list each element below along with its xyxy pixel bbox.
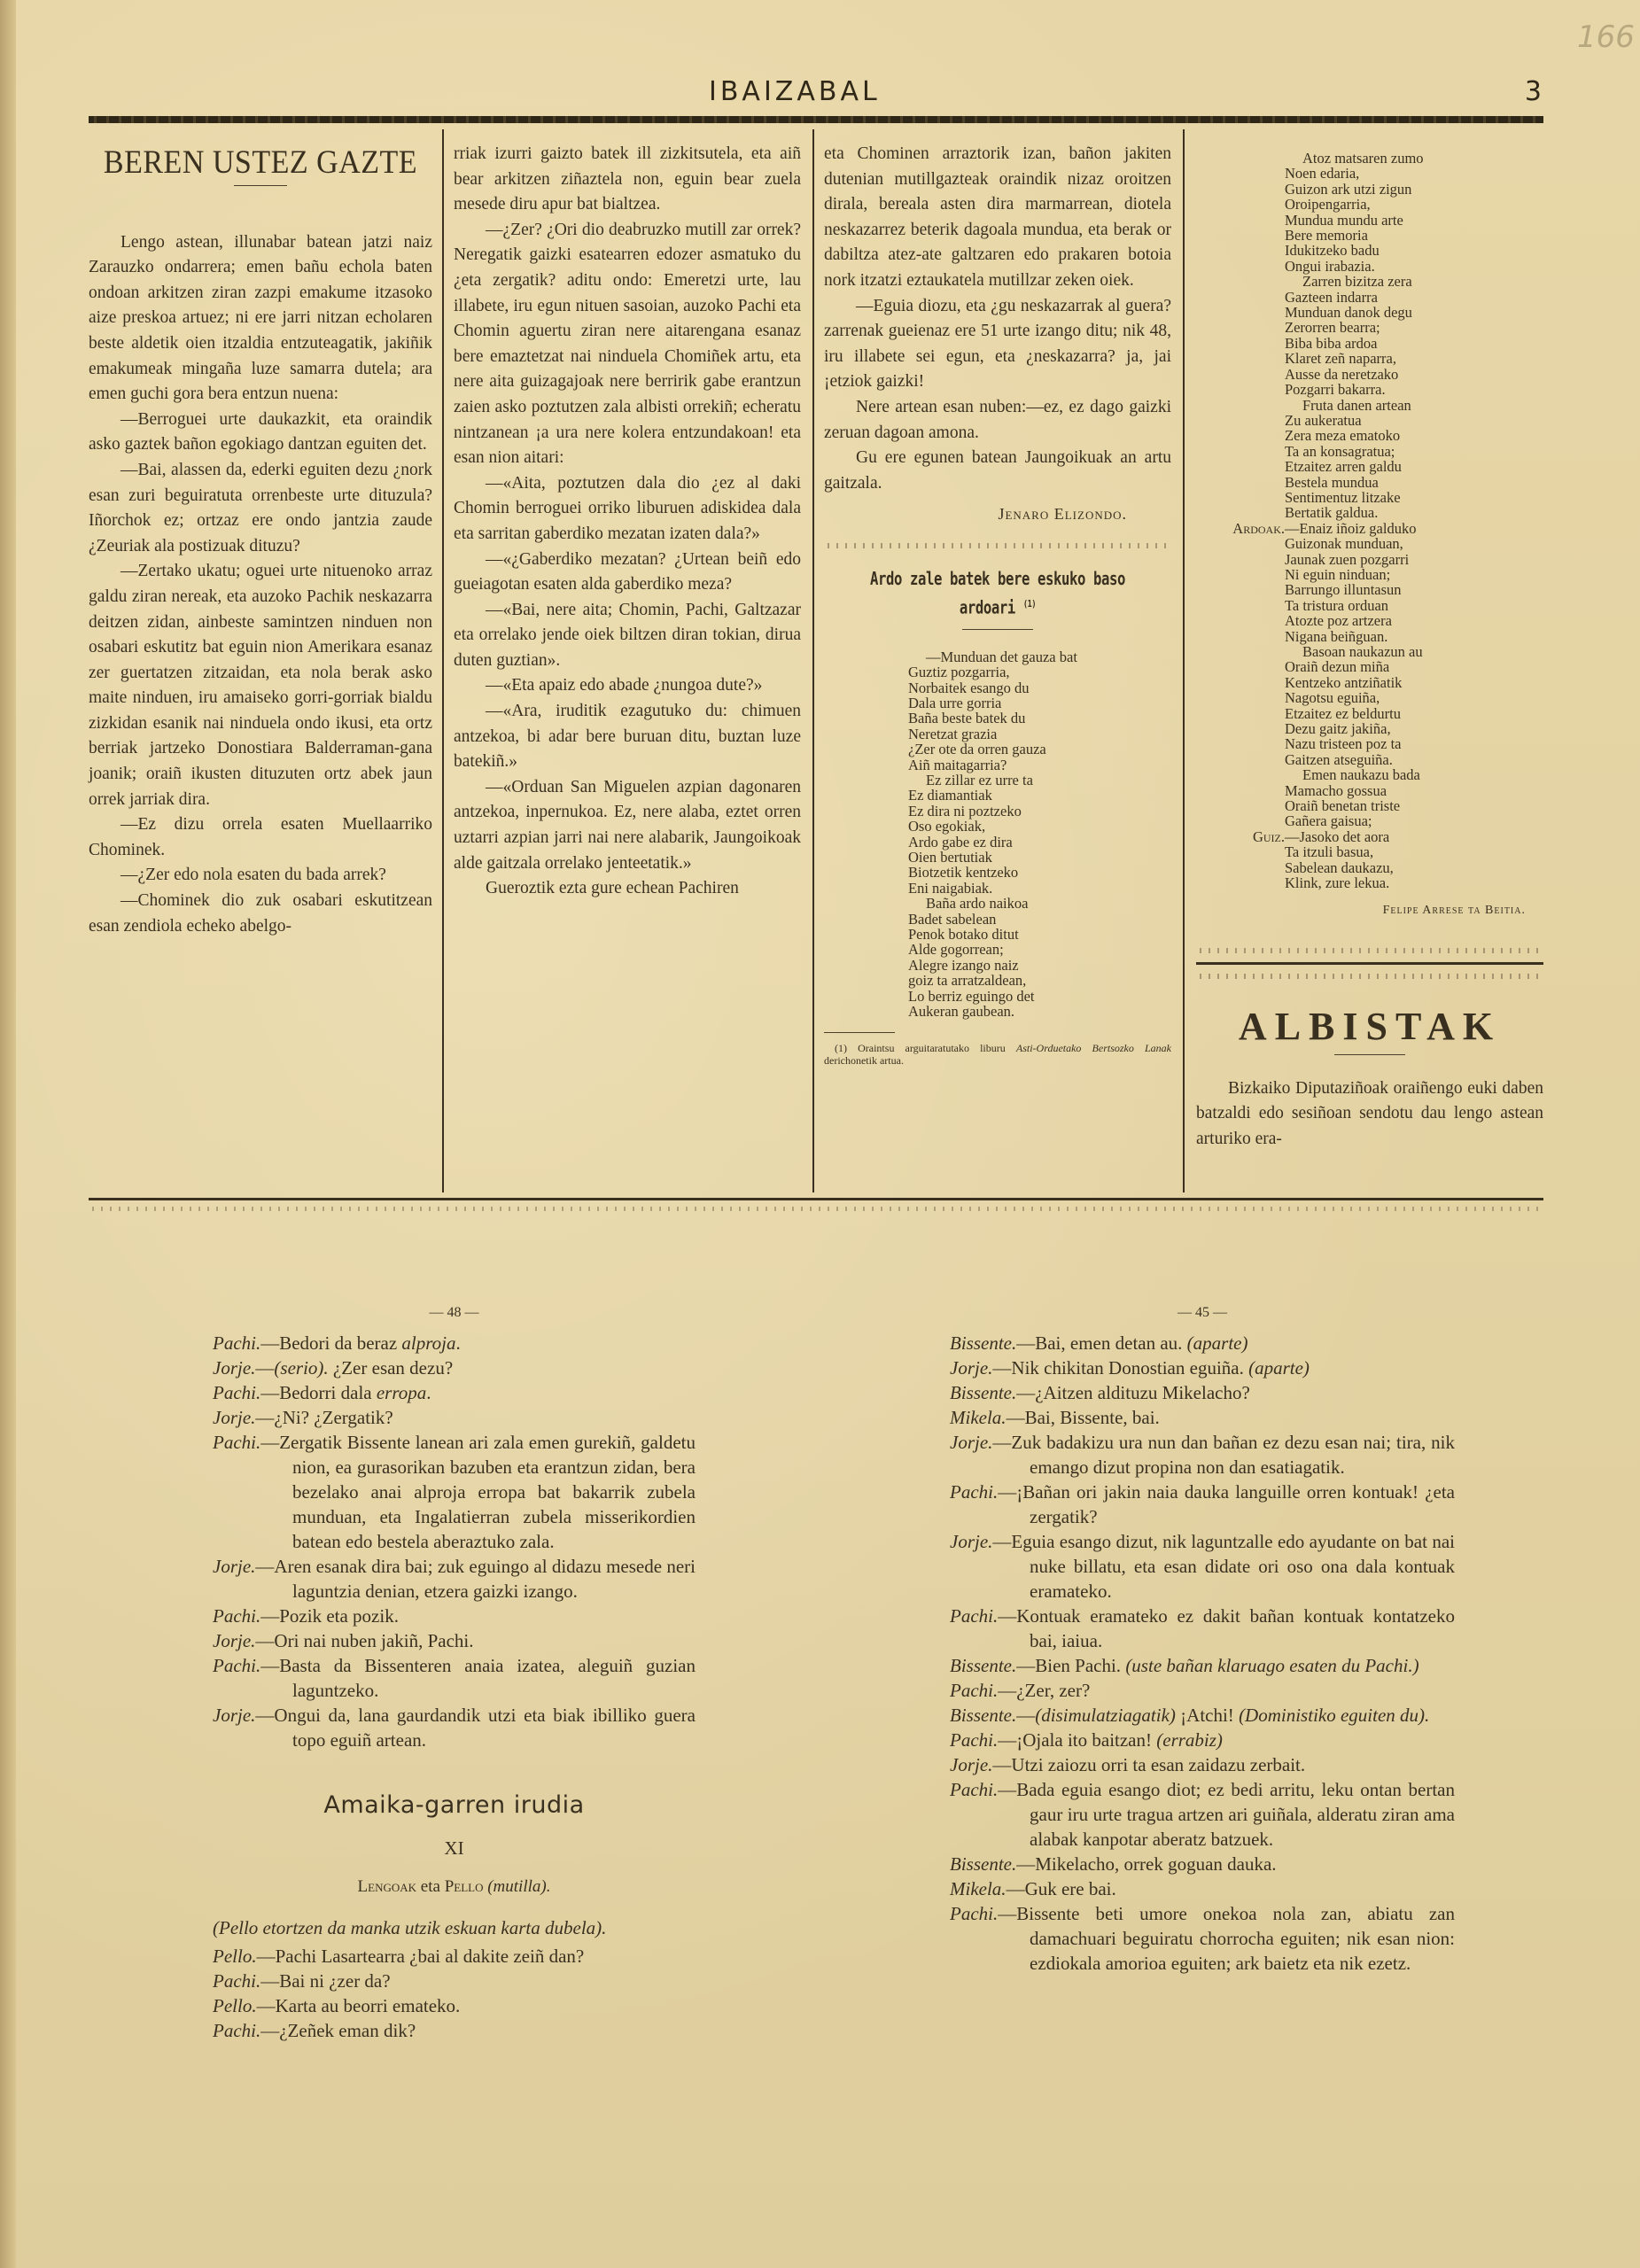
poem-line: Gaitzen atseguiña. xyxy=(1285,752,1543,767)
speaker-name: Pello. xyxy=(213,1995,257,2016)
speaker-name: Jorje. xyxy=(213,1407,255,1428)
poem-line: Baña ardo naikoa xyxy=(908,896,1171,911)
speaker-name: Pachi. xyxy=(950,1729,998,1751)
poem-line: Ez dira ni poztzeko xyxy=(908,804,1171,819)
dialogue-line: Bissente.—(disimulatziagatik) ¡Atchi! (D… xyxy=(950,1703,1455,1728)
poem-line: Ta itzuli basua, xyxy=(1285,844,1543,859)
paragraph: —Chominek dio zuk osabari eskutitzean es… xyxy=(89,889,432,939)
article-body-col1: Lengo astean, illunabar batean jatzi nai… xyxy=(89,230,432,940)
dialogue-line: Jorje.—Utzi zaiozu orri ta esan zaidazu … xyxy=(950,1752,1455,1777)
binding-edge xyxy=(0,0,16,2268)
dialogue-line: Jorje.—¿Ni? ¿Zergatik? xyxy=(213,1405,696,1430)
poem-line: Ausse da neretzako xyxy=(1285,367,1543,382)
stage-direction: (Pello etortzen da manka utzik eskuan ka… xyxy=(213,1915,696,1940)
dialogue-block: Pachi.—Bedori da beraz alproja.Jorje.—(s… xyxy=(213,1331,696,1752)
poem-line: Zu aukeratua xyxy=(1285,413,1543,428)
speaker-name: Bissente. xyxy=(950,1655,1016,1676)
dialogue-line: Pachi.—Pozik eta pozik. xyxy=(213,1604,696,1628)
poem-line: Bertatik galdua. xyxy=(1285,505,1543,520)
folio: — 45 — xyxy=(950,1301,1455,1325)
poem-line: Oraiñ dezun miña xyxy=(1285,659,1543,674)
masthead: IBAIZABAL 3 xyxy=(89,76,1542,112)
poem-line: Oien bertutiak xyxy=(908,850,1171,865)
dialogue-line: Jorje.—(serio). ¿Zer esan dezu? xyxy=(213,1355,696,1380)
bottom-rule xyxy=(89,1198,1543,1200)
poem-line: Bere memoria xyxy=(1285,228,1543,243)
poem-line: Oroipengarria, xyxy=(1285,197,1543,212)
poem-line: Mamacho gossua xyxy=(1285,783,1543,798)
speaker-name: Jorje. xyxy=(950,1432,992,1453)
paragraph: Nere artean esan nuben:—ez, ez dago gaiz… xyxy=(824,395,1171,446)
dialogue-line: Pachi.—¿Zer, zer? xyxy=(950,1678,1455,1703)
wavy-divider xyxy=(1196,974,1543,979)
section-rule xyxy=(1196,962,1543,965)
poem-signature: Felipe Arrese ta Beitia. xyxy=(1196,898,1526,924)
poem-line: Alde gogorrean; xyxy=(908,942,1171,957)
masthead-title: IBAIZABAL xyxy=(709,76,881,107)
speaker-name: Bissente. xyxy=(950,1705,1016,1726)
poem-line: Munduan danok degu xyxy=(1285,305,1543,320)
speaker-name: Pello. xyxy=(213,1946,257,1967)
paragraph: —Ez dizu orrela esaten Muellaarriko Chom… xyxy=(89,812,432,863)
speaker-name: Jorje. xyxy=(213,1556,255,1577)
dialogue-line: Pachi.—Bissente beti umore onekoa nola z… xyxy=(950,1901,1455,1976)
poem-line: Jaunak zuen pozgarri xyxy=(1285,552,1543,567)
speaker-name: Jorje. xyxy=(950,1531,992,1552)
speaker-name: Pachi. xyxy=(950,1779,998,1800)
dialogue-block: Bissente.—Bai, emen detan au. (aparte)Jo… xyxy=(950,1331,1455,1976)
paragraph: —¿Zer edo nola esaten du bada arrek? xyxy=(89,863,432,889)
poem-line: Biotzetik kentzeko xyxy=(908,865,1171,880)
poem-line: Sabelean daukazu, xyxy=(1285,860,1543,875)
poem-line: Mundua mundu arte xyxy=(1285,213,1543,228)
speaker-name: Pachi. xyxy=(213,1605,260,1627)
poem-line: Ongui irabazia. xyxy=(1285,259,1543,274)
footnote-rule xyxy=(824,1032,895,1033)
column-2: rriak izurri gaizto batek ill zizkitsute… xyxy=(454,142,801,902)
speaker-name: Jorje. xyxy=(950,1357,992,1379)
wavy-divider xyxy=(1196,948,1543,953)
poem-line: Etzaitez arren galdu xyxy=(1285,459,1543,474)
speaker-name: Mikela. xyxy=(950,1878,1007,1899)
poem-title-divider xyxy=(962,629,1033,630)
poem-line: Zerorren bearra; xyxy=(1285,320,1543,335)
poem-line: Gazteen indarra xyxy=(1285,290,1543,305)
poem-line: Nazu tristeen poz ta xyxy=(1285,736,1543,751)
poem-line: Baña beste batek du xyxy=(908,711,1171,726)
masthead-rule xyxy=(89,116,1543,123)
poem-line: Nigana beiñguan. xyxy=(1285,629,1543,644)
speaker-name: Pachi. xyxy=(213,1970,260,1992)
dialogue-line: Pachi.—Bada eguia esango diot; ez bedi a… xyxy=(950,1777,1455,1852)
poem-line: Dala urre gorria xyxy=(908,695,1171,711)
dialogue-line: Mikela.—Bai, Bissente, bai. xyxy=(950,1405,1455,1430)
speaker-name: Bissente. xyxy=(950,1332,1016,1354)
news-title-divider xyxy=(1334,1054,1405,1055)
pencil-annotation: 166 xyxy=(1577,19,1635,55)
dialogue-line: Pachi.—Bedorri dala erropa. xyxy=(213,1380,696,1405)
dialogue-line: Mikela.—Guk ere bai. xyxy=(950,1876,1455,1901)
poem-line: Atozte poz artzera xyxy=(1285,613,1543,628)
poem-line: Biba biba ardoa xyxy=(1285,336,1543,351)
paragraph: eta Chominen arraztorik izan, bañon jaki… xyxy=(824,142,1171,294)
column-divider xyxy=(442,129,444,1192)
paragraph: —«Aita, poztutzen dala dio ¿ez al daki C… xyxy=(454,471,801,548)
poem-line: Badet sabelean xyxy=(908,912,1171,927)
speaker-name: Jorje. xyxy=(950,1754,992,1775)
newspaper-page: 166 IBAIZABAL 3 BEREN USTEZ GAZTE Lengo … xyxy=(0,0,1640,2268)
poem-line: Guiz.—Jasoko det aora xyxy=(1285,829,1543,844)
poem-line: Kentzeko antziñatik xyxy=(1285,675,1543,690)
poem-line: Ardoak.—Enaiz iñoiz galduko xyxy=(1285,521,1543,536)
speaker-name: Pachi. xyxy=(213,1382,260,1403)
speaker-name: Pachi. xyxy=(213,1332,260,1354)
column-divider xyxy=(1183,129,1185,1192)
poem-line: Emen naukazu bada xyxy=(1285,767,1543,782)
speaker-name: Mikela. xyxy=(950,1407,1007,1428)
speaker-name: Pachi. xyxy=(213,2020,260,2041)
article-title: BEREN USTEZ GAZTE xyxy=(89,150,432,177)
paragraph: —«Bai, nere aita; Chomin, Pachi, Galtzaz… xyxy=(454,598,801,674)
clipping-page-48: — 48 — Pachi.—Bedori da beraz alproja.Jo… xyxy=(213,1301,696,2043)
dialogue-line: Pachi.—¡Ojala ito baitzan! (errabiz) xyxy=(950,1728,1455,1752)
speaker-name: Pachi. xyxy=(213,1432,260,1453)
poem-line: Zera meza ematoko xyxy=(1285,428,1543,443)
poem-line: Ez diamantiak xyxy=(908,788,1171,803)
dialogue-line: Jorje.—Ongui da, lana gaurdandik utzi et… xyxy=(213,1703,696,1752)
column-divider xyxy=(812,129,814,1192)
poem-line: Barrungo illuntasun xyxy=(1285,582,1543,597)
paragraph: —«Eta apaiz edo abade ¿nungoa dute?» xyxy=(454,673,801,699)
dialogue-line: Jorje.—Eguia esango dizut, nik laguntzal… xyxy=(950,1529,1455,1604)
speaker-name: Pachi. xyxy=(950,1680,998,1701)
poem-line: Klaret zeñ naparra, xyxy=(1285,351,1543,366)
news-paragraph: Bizkaiko Diputaziñoak oraiñengo euki dab… xyxy=(1196,1076,1543,1153)
paragraph: —Eguia diozu, eta ¿gu neskazarrak al gue… xyxy=(824,294,1171,395)
poem-line: Neretzat grazia xyxy=(908,726,1171,742)
dialogue-line: Pachi.—¿Zeñek eman dik? xyxy=(213,2018,696,2043)
poem-line: Lo berriz eguingo det xyxy=(908,989,1171,1004)
paragraph: Gueroztik ezta gure echean Pachiren xyxy=(454,876,801,902)
poem-line: Eni naigabiak. xyxy=(908,881,1171,896)
dialogue-block: Pello.—Pachi Lasartearra ¿bai al dakite … xyxy=(213,1944,696,2043)
article-body-col2: rriak izurri gaizto batek ill zizkitsute… xyxy=(454,142,801,902)
dialogue-line: Pello.—Karta au beorri emateko. xyxy=(213,1993,696,2018)
speaker-name: Pachi. xyxy=(950,1481,998,1503)
scene-number: XI xyxy=(213,1836,696,1860)
dialogue-line: Pachi.—Basta da Bissenteren anaia izatea… xyxy=(213,1653,696,1703)
title-divider xyxy=(234,185,287,186)
poem-line: Ardo gabe ez dira xyxy=(908,835,1171,850)
poem-line: Sentimentuz litzake xyxy=(1285,490,1543,505)
poem-line: Ez zillar ez urre ta xyxy=(908,773,1171,788)
poem-line: Atoz matsaren zumo xyxy=(1285,151,1543,166)
poem-verses-col3: —Munduan det gauza batGuztiz pozgarria,N… xyxy=(824,649,1171,1020)
scene-cast: Lengoak eta Pello (mutilla). xyxy=(213,1875,696,1899)
poem-footnote: (1) Oraintsu arguitaratutako liburu Asti… xyxy=(824,1042,1171,1067)
poem-line: Klink, zure lekua. xyxy=(1285,875,1543,890)
poem-line: Bestela mundua xyxy=(1285,475,1543,490)
dialogue-line: Jorje.—Aren esanak dira bai; zuk eguingo… xyxy=(213,1554,696,1604)
paragraph: —«Orduan San Miguelen azpian dagonaren a… xyxy=(454,775,801,876)
poem-line: Penok botako ditut xyxy=(908,927,1171,942)
poem-line: Dezu gaitz jakiña, xyxy=(1285,721,1543,736)
bottom-wavy-rule xyxy=(89,1207,1543,1211)
speaker-name: Pachi. xyxy=(213,1655,260,1676)
poem-speaker: Guiz. xyxy=(1201,829,1285,844)
paragraph: —Bai, alassen da, ederki eguiten dezu ¿n… xyxy=(89,458,432,559)
speaker-name: Jorje. xyxy=(213,1357,255,1379)
column-4: Atoz matsaren zumoNoen edaria,Guizon ark… xyxy=(1196,151,1543,1152)
poem-line: Guizon ark utzi zigun xyxy=(1285,182,1543,197)
poem-line: Nagotsu eguiña, xyxy=(1285,690,1543,705)
wavy-divider xyxy=(824,543,1171,548)
dialogue-line: Bissente.—Bai, emen detan au. (aparte) xyxy=(950,1331,1455,1355)
page-number: 3 xyxy=(1525,76,1542,107)
speaker-name: Pachi. xyxy=(950,1903,998,1924)
speaker-name: Jorje. xyxy=(213,1705,255,1726)
poem-line: Alegre izango naiz xyxy=(908,958,1171,973)
poem-line: goiz ta arratzaldean, xyxy=(908,973,1171,988)
news-section-title: ALBISTAK xyxy=(1196,1014,1543,1040)
poem-line: Guztiz pozgarria, xyxy=(908,664,1171,680)
paragraph: —«Ara, iruditik ezagutuko du: chimuen an… xyxy=(454,699,801,775)
dialogue-line: Jorje.—Nik chikitan Donostian eguiña. (a… xyxy=(950,1355,1455,1380)
poem-line: Ta an konsagratua; xyxy=(1285,444,1543,459)
poem-line: Aiñ maitagarria? xyxy=(908,757,1171,773)
poem-line: Gañera gaisua; xyxy=(1285,813,1543,828)
poem-line: Ta tristura orduan xyxy=(1285,598,1543,613)
poem-line: Basoan naukazun au xyxy=(1285,644,1543,659)
poem-line: Etzaitez ez beldurtu xyxy=(1285,706,1543,721)
dialogue-line: Pachi.—Bedori da beraz alproja. xyxy=(213,1331,696,1355)
clipping-page-45: — 45 — Bissente.—Bai, emen detan au. (ap… xyxy=(950,1301,1455,1976)
dialogue-line: Bissente.—Bien Pachi. (uste bañan klarua… xyxy=(950,1653,1455,1678)
poem-line: Oraiñ benetan triste xyxy=(1285,798,1543,813)
speaker-name: Bissente. xyxy=(950,1853,1016,1875)
poem-line: ¿Zer ote da orren gauza xyxy=(908,742,1171,757)
dialogue-line: Jorje.—Zuk badakizu ura nun dan bañan ez… xyxy=(950,1430,1455,1480)
poem-line: —Munduan det gauza bat xyxy=(908,649,1171,664)
poem-line: Guizonak munduan, xyxy=(1285,536,1543,551)
poem-line: Ni eguin ninduan; xyxy=(1285,567,1543,582)
paragraph: —Zertako ukatu; oguei urte nituenoko arr… xyxy=(89,559,432,812)
speaker-name: Pachi. xyxy=(950,1605,998,1627)
poem-verses-col4: Atoz matsaren zumoNoen edaria,Guizon ark… xyxy=(1196,151,1543,891)
scene-title: Amaika-garren irudia xyxy=(213,1793,696,1818)
folio: — 48 — xyxy=(213,1301,696,1325)
poem-line: Fruta danen artean xyxy=(1285,398,1543,413)
poem-speaker: Ardoak. xyxy=(1201,521,1285,536)
dialogue-line: Pachi.—Kontuak eramateko ez dakit bañan … xyxy=(950,1604,1455,1653)
paragraph: —«¿Gaberdiko mezatan? ¿Urtean beiñ edo g… xyxy=(454,548,801,598)
paragraph: —¿Zer? ¿Ori dio deabruzko mutill zar orr… xyxy=(454,218,801,471)
dialogue-line: Bissente.—Mikelacho, orrek goguan dauka. xyxy=(950,1852,1455,1876)
article-signature: Jenaro Elizondo. xyxy=(824,501,1127,527)
poem-line: Noen edaria, xyxy=(1285,166,1543,181)
poem-line: Norbaitek esango du xyxy=(908,680,1171,695)
poem-title: Ardo zale batek bere eskuko baso ardoari… xyxy=(862,566,1133,620)
dialogue-line: Pachi.—Zergatik Bissente lanean ari zala… xyxy=(213,1430,696,1554)
speaker-name: Bissente. xyxy=(950,1382,1016,1403)
dialogue-line: Jorje.—Ori nai nuben jakiñ, Pachi. xyxy=(213,1628,696,1653)
dialogue-line: Pello.—Pachi Lasartearra ¿bai al dakite … xyxy=(213,1944,696,1969)
paragraph: —Berroguei urte daukazkit, eta oraindik … xyxy=(89,408,432,458)
column-1: BEREN USTEZ GAZTE Lengo astean, illunaba… xyxy=(89,133,432,939)
poem-line: Idukitzeko badu xyxy=(1285,243,1543,258)
poem-line: Oso egokiak, xyxy=(908,819,1171,834)
dialogue-line: Bissente.—¿Aitzen aldituzu Mikelacho? xyxy=(950,1380,1455,1405)
paragraph: Gu ere egunen batean Jaungoikuak an artu… xyxy=(824,446,1171,496)
article-body-col3: eta Chominen arraztorik izan, bañon jaki… xyxy=(824,142,1171,496)
dialogue-line: Pachi.—Bai ni ¿zer da? xyxy=(213,1969,696,1993)
poem-line: Aukeran gaubean. xyxy=(908,1004,1171,1019)
speaker-name: Jorje. xyxy=(213,1630,255,1651)
paragraph: rriak izurri gaizto batek ill zizkitsute… xyxy=(454,142,801,218)
poem-line: Zarren bizitza zera xyxy=(1285,274,1543,289)
poem-line: Pozgarri bakarra. xyxy=(1285,382,1543,397)
paragraph: Lengo astean, illunabar batean jatzi nai… xyxy=(89,230,432,408)
column-3: eta Chominen arraztorik izan, bañon jaki… xyxy=(824,142,1171,1067)
dialogue-line: Pachi.—¡Bañan ori jakin naia dauka langu… xyxy=(950,1480,1455,1529)
